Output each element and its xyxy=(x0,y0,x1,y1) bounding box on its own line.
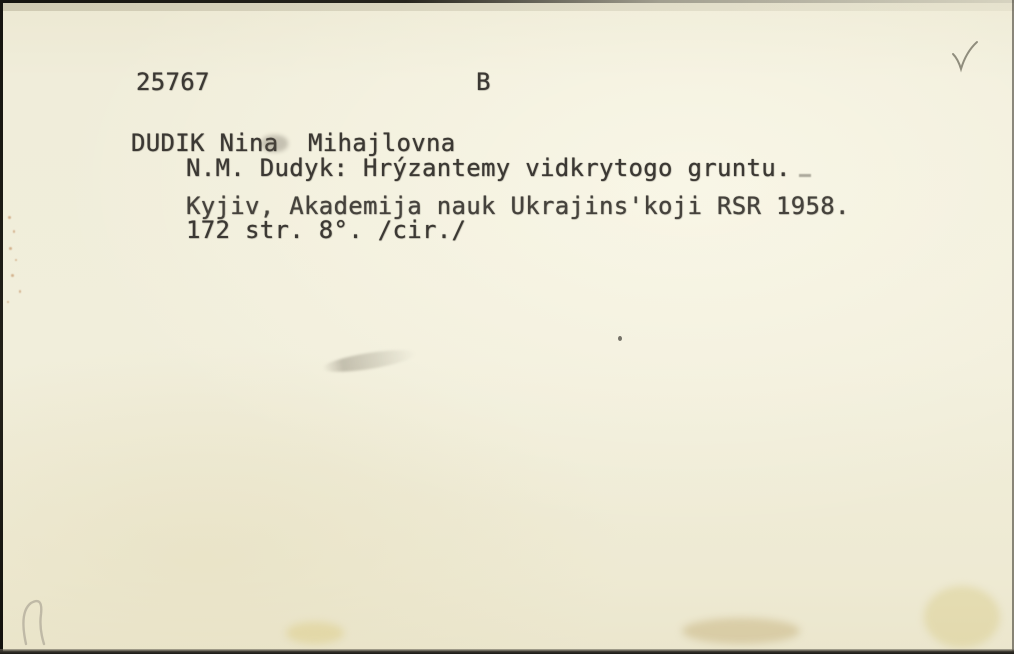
scan-edge-left xyxy=(0,0,3,654)
call-number: 25767 xyxy=(136,70,210,94)
paper-stain xyxy=(924,586,1000,648)
checkmark-icon xyxy=(946,38,986,82)
pencil-smudge xyxy=(321,346,416,377)
paper-speck xyxy=(19,290,21,293)
scan-edge-top xyxy=(0,0,1014,3)
catalog-card: 25767 B DUDIK Nina Mihajlovna N.M. Dudyk… xyxy=(0,0,1014,654)
collation-line: 172 str. 8°. /cir./ xyxy=(186,218,466,242)
imprint-line: Kyjiv, Akademija nauk Ukrajins'koji RSR … xyxy=(186,194,850,218)
shelf-letter: B xyxy=(476,70,491,94)
ink-speck xyxy=(618,336,622,341)
paper-speck xyxy=(15,259,17,261)
paper-speck xyxy=(9,247,12,250)
paper-speck xyxy=(7,301,9,303)
pencil-loop-mark xyxy=(14,592,70,650)
paper-speck xyxy=(8,216,11,219)
scan-edge-top-band xyxy=(0,3,1014,11)
paper-speck xyxy=(13,230,15,233)
scan-edge-bottom xyxy=(0,649,1014,654)
author-heading: DUDIK Nina Mihajlovna xyxy=(131,131,455,155)
paper-stain xyxy=(286,622,344,644)
ink-smudge xyxy=(261,135,288,152)
title-line: N.M. Dudyk: Hrýzantemy vidkrytogo gruntu… xyxy=(186,156,791,180)
paper-stain xyxy=(682,618,800,644)
stray-mark xyxy=(799,174,811,177)
paper-speck xyxy=(11,274,14,277)
